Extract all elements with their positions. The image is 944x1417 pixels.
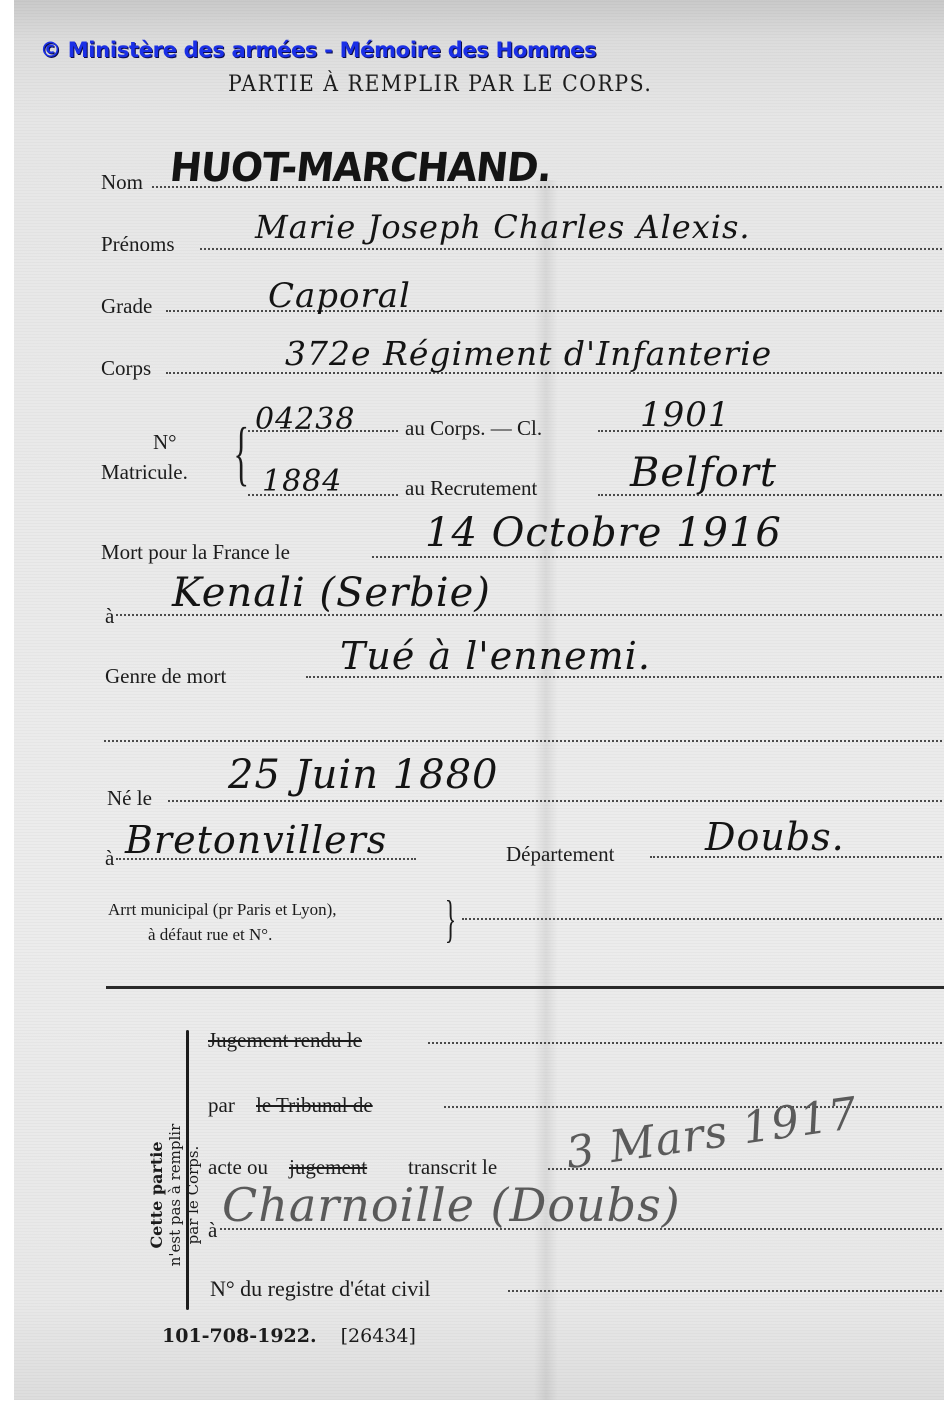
transcrit-suffix: transcrit le <box>408 1155 497 1180</box>
grade-value: Caporal <box>268 276 411 316</box>
recrutement-place: Belfort <box>630 450 777 496</box>
matricule-label-no: N° <box>153 430 177 455</box>
print-code: 101-708-1922. <box>162 1325 317 1347</box>
prenoms-label: Prénoms <box>101 232 175 257</box>
genre-mort-value: Tué à l'ennemi. <box>340 634 651 678</box>
section-divider <box>106 986 944 989</box>
ne-le-line <box>168 800 942 802</box>
mort-lieu-label: à <box>105 604 114 629</box>
registre-line <box>508 1290 942 1292</box>
blank-line <box>104 740 942 742</box>
corps-value: 372e Régiment d'Infanterie <box>285 334 772 373</box>
mort-date-label: Mort pour la France le <box>101 540 290 565</box>
corps-label: Corps <box>101 356 151 381</box>
side-brace <box>186 1030 189 1310</box>
transcrit-lieu-value: Charnoille (Doubs) <box>222 1178 681 1232</box>
transcrit-struck: jugement <box>289 1155 367 1180</box>
jugement-line <box>428 1042 942 1044</box>
registre-label: N° du registre d'état civil <box>210 1276 430 1302</box>
copyright-watermark: © Ministère des armées - Mémoire des Hom… <box>40 38 596 62</box>
nom-label: Nom <box>101 170 143 195</box>
departement-label: Département <box>506 842 614 867</box>
side-note-line-2: n'est pas à remplir <box>166 1100 184 1290</box>
matricule-recrutement-label: au Recrutement <box>405 476 537 501</box>
mort-date-line <box>372 556 942 558</box>
arrondissement-brace: } <box>445 890 456 949</box>
footer: 101-708-1922. [26434] <box>162 1325 416 1347</box>
transcrit-prefix: acte ou <box>208 1155 268 1180</box>
side-note-line-1: Cette partie <box>148 1100 166 1290</box>
print-reference: [26434] <box>341 1325 416 1347</box>
arrondissement-label-2: à défaut rue et N°. <box>148 925 272 945</box>
grade-label: Grade <box>101 294 152 319</box>
tribunal-label: le Tribunal de <box>256 1093 373 1118</box>
matricule-recrutement-number: 1884 <box>262 464 342 499</box>
matricule-corps-label: au Corps. — Cl. <box>405 416 542 441</box>
mort-lieu-value: Kenali (Serbie) <box>172 570 491 616</box>
tribunal-prefix: par <box>208 1093 235 1118</box>
transcrit-lieu-label: à <box>208 1218 217 1243</box>
ne-le-value: 25 Juin 1880 <box>228 752 498 798</box>
ne-le-label: Né le <box>107 786 152 811</box>
ne-lieu-label: à <box>105 846 114 871</box>
side-note: Cette partie n'est pas à remplir par le … <box>148 1100 202 1290</box>
departement-value: Doubs. <box>705 815 845 859</box>
jugement-label: Jugement rendu le <box>208 1028 362 1053</box>
prenoms-value: Marie Joseph Charles Alexis. <box>255 208 751 246</box>
genre-mort-label: Genre de mort <box>105 664 226 689</box>
matricule-brace: { <box>234 412 250 495</box>
ne-lieu-value: Bretonvillers <box>125 818 387 862</box>
arrondissement-line <box>462 918 942 920</box>
matricule-label: Matricule. <box>101 460 188 485</box>
nom-value: HUOT-MARCHAND. <box>168 145 554 191</box>
mort-date-value: 14 Octobre 1916 <box>425 510 782 556</box>
arrondissement-label-1: Arrt municipal (pr Paris et Lyon), <box>108 900 337 920</box>
tribunal-line <box>444 1106 942 1108</box>
matricule-corps-number: 04238 <box>255 402 355 437</box>
prenoms-line <box>200 248 942 250</box>
classe-value: 1901 <box>640 395 731 435</box>
form-header: PARTIE À REMPLIR PAR LE CORPS. <box>228 72 652 97</box>
